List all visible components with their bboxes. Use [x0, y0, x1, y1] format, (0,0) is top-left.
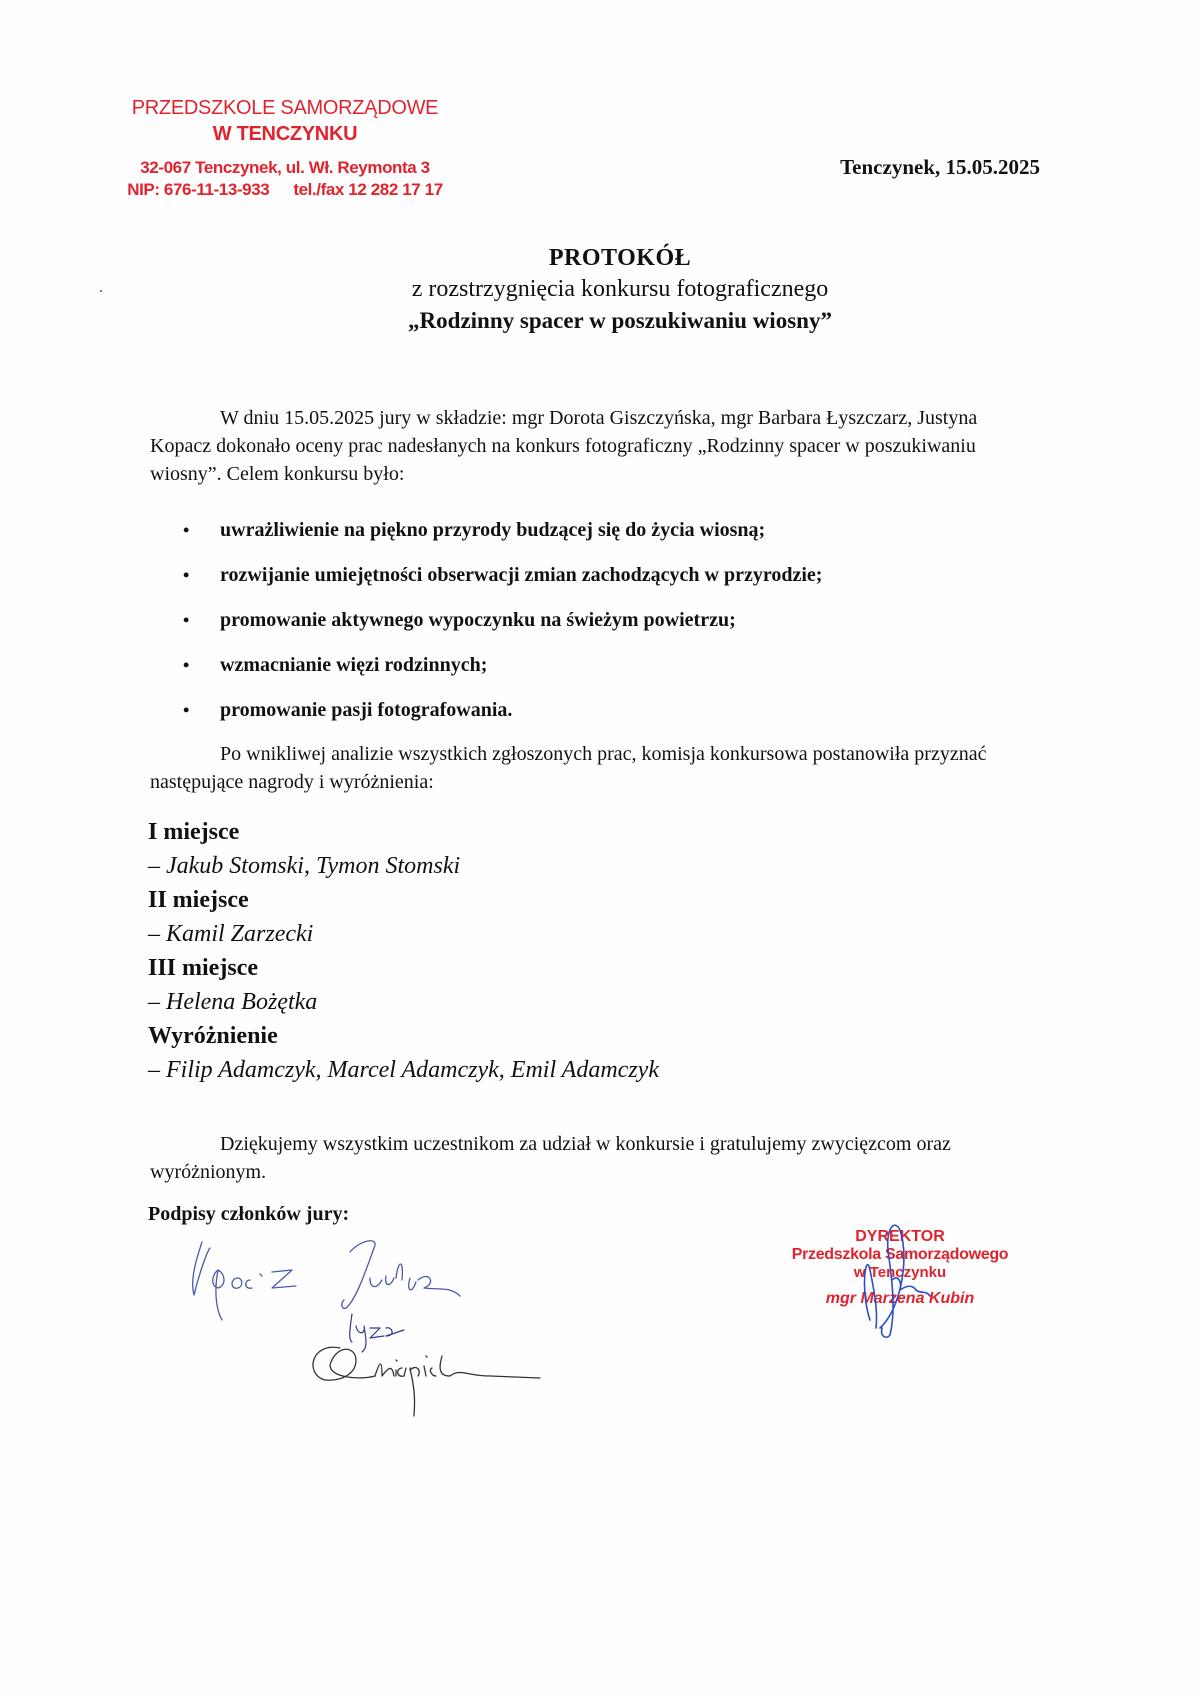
document-title: PROTOKÓŁ — [40, 243, 1200, 273]
goal-item: •promowanie aktywnego wypoczynku na świe… — [150, 598, 1040, 643]
award-second: II miejsce – Kamil Zarzecki — [148, 883, 659, 951]
school-nip: NIP: 676-11-13-933 — [127, 180, 269, 199]
school-name-line1: PRZEDSZKOLE SAMORZĄDOWE — [120, 95, 450, 121]
school-address: 32-067 Tenczynek, ul. Wł. Reymonta 3 — [120, 157, 450, 179]
bullet-icon: • — [183, 553, 189, 598]
award-winners: – Helena Bożętka — [148, 985, 659, 1019]
signature-justyna — [342, 1241, 460, 1309]
document-page: PRZEDSZKOLE SAMORZĄDOWE W TENCZYNKU 32-0… — [0, 0, 1200, 1696]
signatures-label: Podpisy członków jury: — [148, 1203, 349, 1226]
award-third: III miejsce – Helena Bożętka — [148, 951, 659, 1019]
award-winners: – Jakub Stomski, Tymon Stomski — [148, 849, 659, 883]
title-block: PROTOKÓŁ z rozstrzygnięcia konkursu foto… — [0, 243, 1200, 337]
bullet-icon: • — [183, 598, 189, 643]
award-first: I miejsce – Jakub Stomski, Tymon Stomski — [148, 815, 659, 883]
school-phone: tel./fax 12 282 17 17 — [293, 180, 442, 199]
goal-item: •rozwijanie umiejętności obserwacji zmia… — [150, 553, 1040, 598]
award-place: II miejsce — [148, 883, 659, 917]
school-contact: NIP: 676-11-13-933tel./fax 12 282 17 17 — [120, 179, 450, 201]
bullet-icon: • — [183, 508, 189, 553]
signature-kopacz — [193, 1242, 296, 1320]
goals-list: •uwrażliwienie na piękno przyrody budząc… — [150, 508, 1040, 733]
bullet-icon: • — [183, 688, 189, 733]
goal-item: •promowanie pasji fotografowania. — [150, 688, 1040, 733]
signature-lyszczarz — [350, 1314, 404, 1352]
signature-giszczynska — [313, 1347, 540, 1416]
analysis-paragraph: Po wnikliwej analizie wszystkich zgłoszo… — [150, 740, 1040, 796]
award-distinction: Wyróżnienie – Filip Adamczyk, Marcel Ada… — [148, 1019, 659, 1087]
thanks-paragraph: Dziękujemy wszystkim uczestnikom za udzi… — [150, 1130, 1050, 1186]
intro-paragraph: W dniu 15.05.2025 jury w składzie: mgr D… — [150, 404, 1040, 488]
school-header-stamp: PRZEDSZKOLE SAMORZĄDOWE W TENCZYNKU 32-0… — [120, 95, 450, 201]
school-name-line2: W TENCZYNKU — [120, 121, 450, 147]
awards-list: I miejsce – Jakub Stomski, Tymon Stomski… — [148, 815, 659, 1087]
director-signature — [830, 1210, 950, 1340]
goal-item: •wzmacnianie więzi rodzinnych; — [150, 643, 1040, 688]
award-winners: – Filip Adamczyk, Marcel Adamczyk, Emil … — [148, 1053, 659, 1087]
award-place: III miejsce — [148, 951, 659, 985]
bullet-icon: • — [183, 643, 189, 688]
award-winners: – Kamil Zarzecki — [148, 917, 659, 951]
intro-section: W dniu 15.05.2025 jury w składzie: mgr D… — [150, 404, 1040, 733]
contest-name: „Rodzinny spacer w poszukiwaniu wiosny” — [40, 305, 1200, 337]
document-date: Tenczynek, 15.05.2025 — [840, 155, 1040, 180]
jury-signatures — [160, 1230, 560, 1430]
document-subtitle: z rozstrzygnięcia konkursu fotograficzne… — [40, 273, 1200, 305]
goal-item: •uwrażliwienie na piękno przyrody budząc… — [150, 508, 1040, 553]
award-place: Wyróżnienie — [148, 1019, 659, 1053]
award-place: I miejsce — [148, 815, 659, 849]
